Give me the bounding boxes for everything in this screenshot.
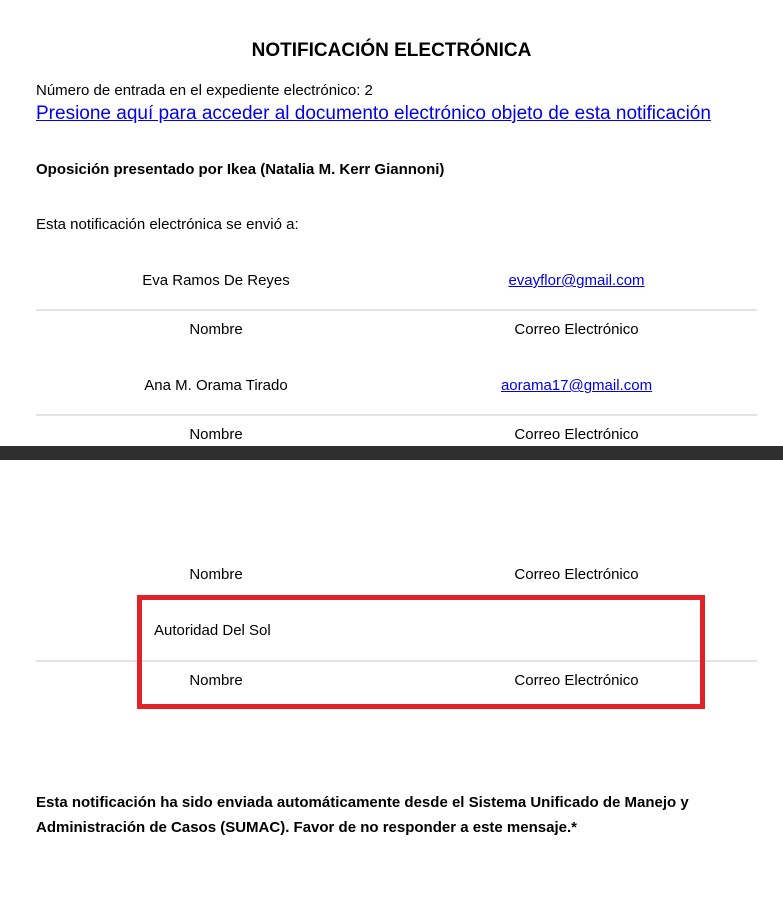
column-label-name: Nombre — [36, 566, 396, 583]
row-divider — [36, 309, 757, 311]
column-label-email: Correo Electrónico — [396, 321, 757, 338]
column-label-email: Correo Electrónico — [396, 566, 757, 583]
recipient-name: Eva Ramos De Reyes — [36, 272, 396, 289]
column-label-email: Correo Electrónico — [396, 426, 757, 443]
recipient-name: Ana M. Orama Tirado — [36, 377, 396, 394]
entry-number: Número de entrada en el expediente elect… — [36, 82, 373, 99]
page-title: NOTIFICACIÓN ELECTRÓNICA — [0, 40, 783, 62]
footer-disclaimer: Esta notificación ha sido enviada automá… — [36, 790, 756, 840]
document-link[interactable]: Presione aquí para acceder al documento … — [36, 103, 711, 125]
screenshot-divider-bar — [0, 446, 783, 460]
recipient-email-link[interactable]: evayflor@gmail.com — [396, 272, 757, 289]
column-label-name: Nombre — [36, 426, 396, 443]
recipient-email-link[interactable]: aorama17@gmail.com — [396, 377, 757, 394]
highlight-box — [137, 595, 705, 709]
row-divider — [36, 414, 757, 416]
filing-description: Oposición presentado por Ikea (Natalia M… — [36, 161, 444, 178]
recipients-intro: Esta notificación electrónica se envió a… — [36, 216, 299, 233]
column-label-name: Nombre — [36, 321, 396, 338]
